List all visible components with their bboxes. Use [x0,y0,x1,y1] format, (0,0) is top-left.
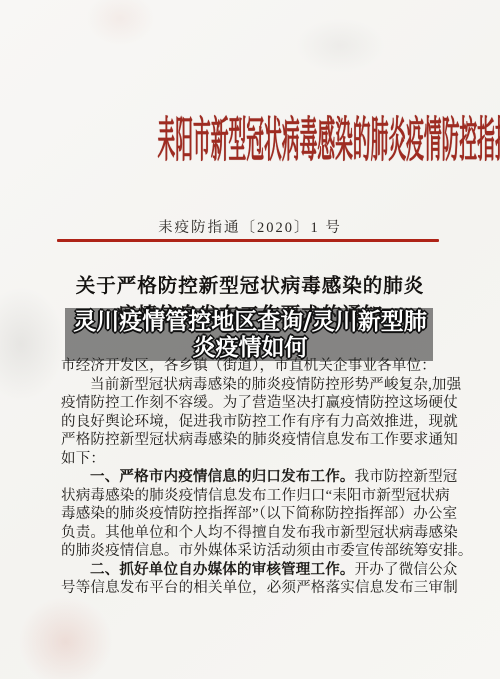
scan-smudge [85,0,155,46]
document-title-line1: 关于严格防控新型冠状病毒感染的肺炎 [0,272,500,301]
caption-overlay-line1: 灵川疫情管控地区查询/灵川新型肺 [0,309,500,335]
document-body-line: 二、抓好单位自办媒体的审核管理工作。开办了微信公众 [61,561,441,580]
body-segment: 毒感染的肺炎疫情防控指挥部”（以下简称防控指挥部）办公室 [61,506,457,522]
scanned-document-page: 耒阳市新型冠状病毒感染的肺炎疫情防控指挥部文件 耒疫防指通〔2020〕1 号 关… [0,0,500,679]
caption-overlay-line2: 炎疫情如何 [0,335,500,361]
body-segment: 如下： [61,451,105,467]
document-body-line: 当前新型冠状病毒感染的肺炎疫情防控形势严峻复杂,加强 [61,376,441,395]
scan-smudge [18,596,113,679]
document-body-line: 的良好舆论环境，促进我市防控工作有序有力高效推进，现就 [61,413,441,432]
body-segment: 状病毒感染的肺炎疫情信息发布工作归口“耒阳市新型冠状病 [61,488,450,504]
body-segment: 严格防控新型冠状病毒感染的肺炎疫情信息发布工作要求通知 [61,432,458,448]
body-segment: 的肺炎疫情信息。市外媒体采访活动须由市委宣传部统筹安排。 [61,543,473,559]
document-body-line: 如下： [61,450,441,469]
body-segment-bold: 一、严格市内疫情信息的归口发布工作。 [90,469,355,485]
body-segment: 开办了微信公众 [355,562,458,578]
body-segment: 号等信息发布平台的相关单位，必须严格落实信息发布三审制 [61,580,458,596]
body-segment: 的良好舆论环境，促进我市防控工作有序有力高效推进，现就 [61,414,458,430]
body-segment: 我市防控新型冠 [355,469,458,485]
document-body-line: 负责。其他单位和个人均不得擅自发布我市新型冠状病毒感染 [61,524,441,543]
body-segment: 疫情防控工作刻不容缓。为了营造坚决打赢疫情防控这场硬仗 [61,395,458,411]
body-segment: 负责。其他单位和个人均不得擅自发布我市新型冠状病毒感染 [61,525,458,541]
document-number: 耒疫防指通〔2020〕1 号 [0,216,500,237]
document-body-line: 严格防控新型冠状病毒感染的肺炎疫情信息发布工作要求通知 [61,431,441,450]
document-body-line: 状病毒感染的肺炎疫情信息发布工作归口“耒阳市新型冠状病 [61,487,441,506]
document-body-line: 疫情防控工作刻不容缓。为了营造坚决打赢疫情防控这场硬仗 [61,394,441,413]
document-body-line: 一、严格市内疫情信息的归口发布工作。我市防控新型冠 [61,468,441,487]
body-segment-bold: 二、抓好单位自办媒体的审核管理工作。 [90,562,355,578]
document-body-line: 的肺炎疫情信息。市外媒体采访活动须由市委宣传部统筹安排。 [61,542,441,561]
scan-smudge [295,18,385,73]
document-body-line: 号等信息发布平台的相关单位，必须严格落实信息发布三审制 [61,579,441,598]
body-segment: 当前新型冠状病毒感染的肺炎疫情防控形势严峻复杂,加强 [90,377,461,393]
red-divider-line [57,239,439,242]
document-body-line: 毒感染的肺炎疫情防控指挥部”（以下简称防控指挥部）办公室 [61,505,441,524]
letterhead-title: 耒阳市新型冠状病毒感染的肺炎疫情防控指挥部文件 [158,116,343,168]
document-body: 市经济开发区，各乡镇（街道），市直机关企事业各单位：当前新型冠状病毒感染的肺炎疫… [61,357,441,598]
